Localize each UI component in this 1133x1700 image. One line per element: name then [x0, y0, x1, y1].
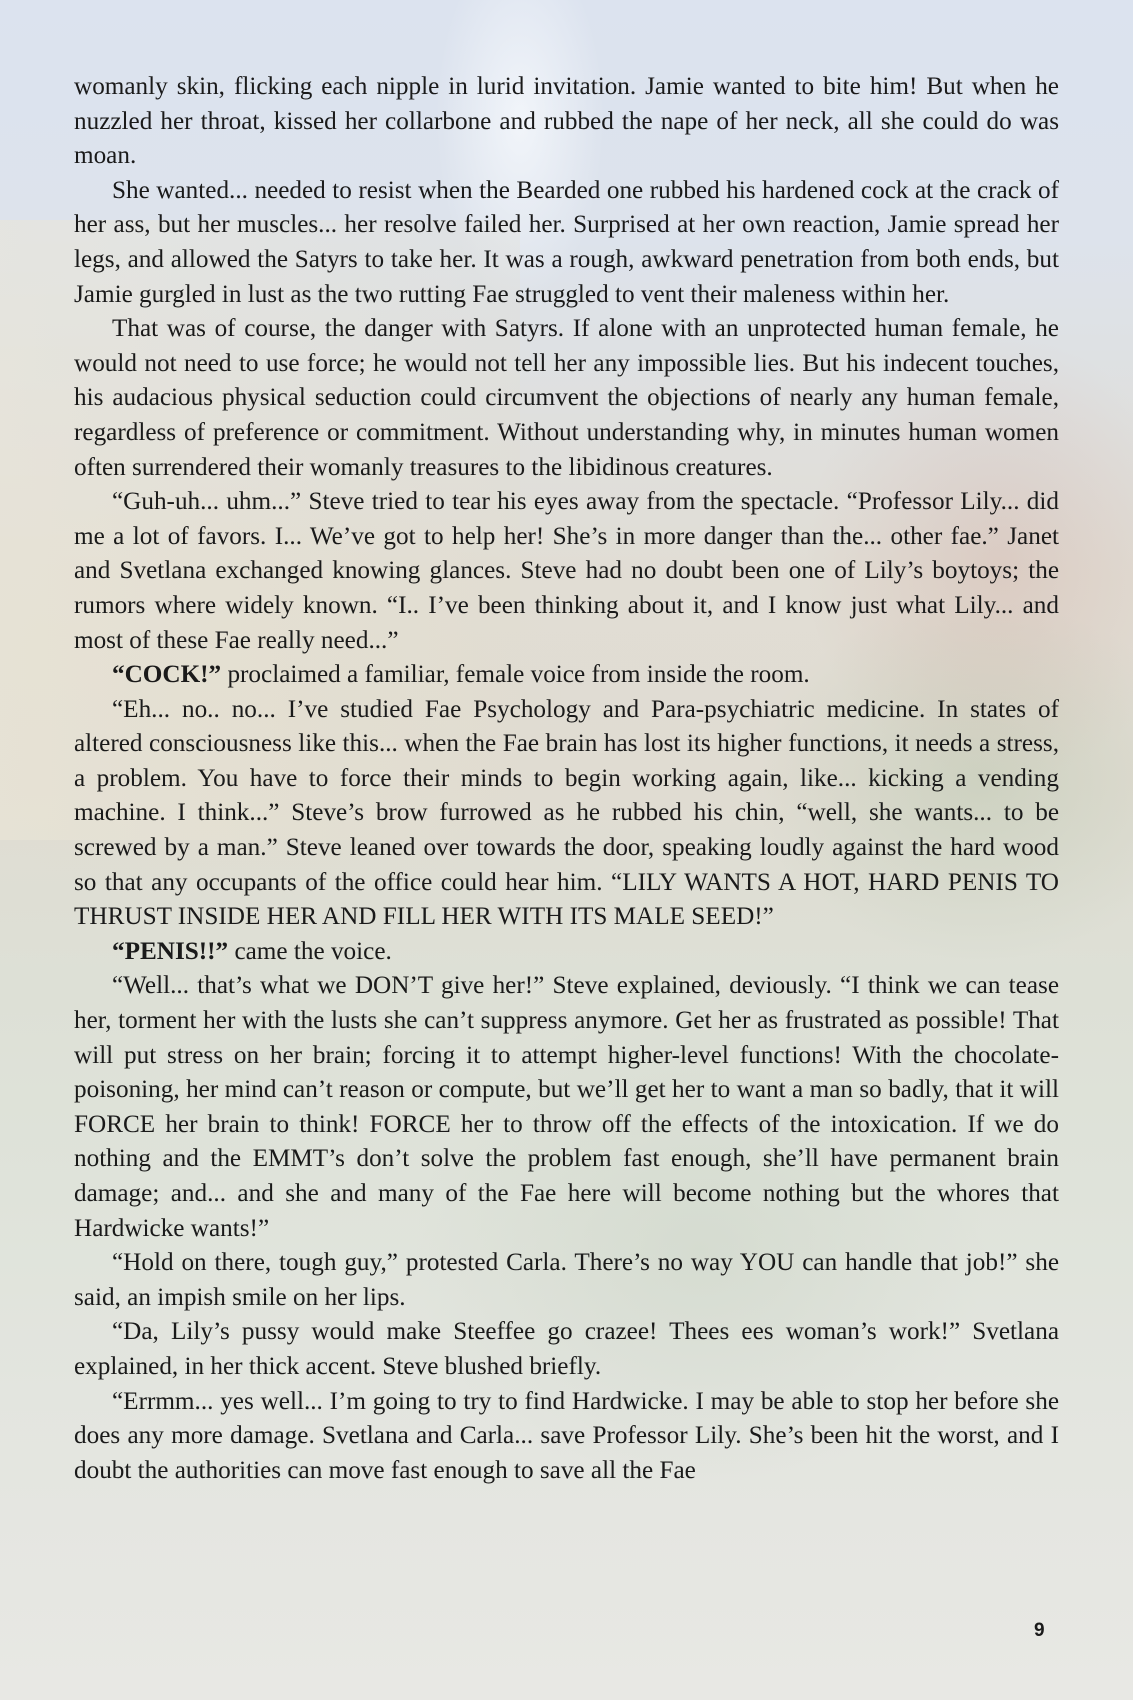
paragraph: “PENIS!!” came the voice.	[74, 935, 1059, 970]
paragraph: That was of course, the danger with Saty…	[74, 312, 1059, 485]
paragraph-text: “Eh... no.. no... I’ve studied Fae Psych…	[74, 696, 1059, 931]
paragraph-lead: “PENIS!!”	[112, 938, 228, 965]
paragraph: “Errmm... yes well... I’m going to try t…	[74, 1385, 1059, 1489]
paragraph-text: “Hold on there, tough guy,” protested Ca…	[74, 1249, 1059, 1311]
paragraph: “COCK!” proclaimed a familiar, female vo…	[74, 658, 1059, 693]
paragraph-lead: “COCK!”	[112, 661, 221, 688]
paragraph: “Guh-uh... uhm...” Steve tried to tear h…	[74, 485, 1059, 658]
paragraph-text: She wanted... needed to resist when the …	[74, 177, 1059, 308]
paragraph: “Eh... no.. no... I’ve studied Fae Psych…	[74, 693, 1059, 935]
paragraph: “Well... that’s what we DON’T give her!”…	[74, 969, 1059, 1246]
paragraph-text: “Errmm... yes well... I’m going to try t…	[74, 1388, 1059, 1484]
paragraph-text: “Well... that’s what we DON’T give her!”…	[74, 972, 1059, 1241]
paragraph-text: That was of course, the danger with Saty…	[74, 315, 1059, 480]
paragraph-text: “Guh-uh... uhm...” Steve tried to tear h…	[74, 488, 1059, 653]
paragraph-text: came the voice.	[228, 938, 392, 965]
paragraph: “Hold on there, tough guy,” protested Ca…	[74, 1246, 1059, 1315]
paragraph: She wanted... needed to resist when the …	[74, 174, 1059, 312]
paragraph: womanly skin, flicking each nipple in lu…	[74, 70, 1059, 174]
paragraph-text: “Da, Lily’s pussy would make Steeffee go…	[74, 1318, 1059, 1380]
page-number: 9	[1034, 1620, 1045, 1642]
page-body: womanly skin, flicking each nipple in lu…	[74, 70, 1059, 1488]
paragraph: “Da, Lily’s pussy would make Steeffee go…	[74, 1315, 1059, 1384]
paragraph-text: womanly skin, flicking each nipple in lu…	[74, 73, 1059, 169]
paragraph-text: proclaimed a familiar, female voice from…	[221, 661, 810, 688]
